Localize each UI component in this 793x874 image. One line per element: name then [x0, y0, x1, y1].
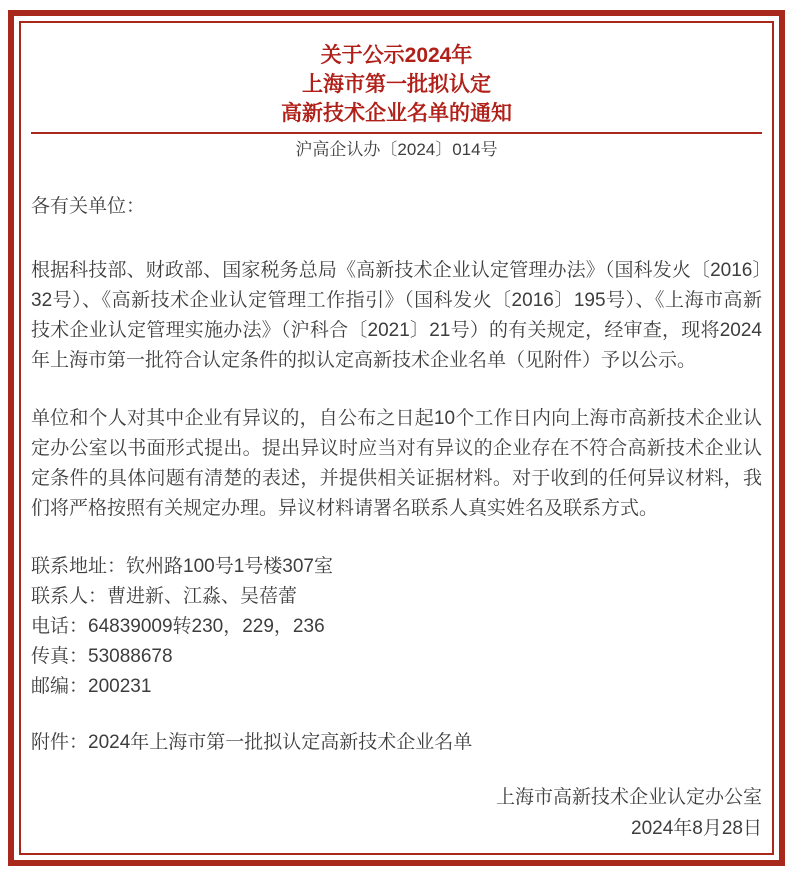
notice-outer-frame: 关于公示2024年 上海市第一批拟认定 高新技术企业名单的通知 沪高企认办〔20…	[8, 10, 785, 866]
contact-postcode: 邮编：200231	[31, 672, 762, 702]
contact-person: 联系人：曹进新、江淼、吴蓓蕾	[31, 582, 762, 612]
title-line-2: 上海市第一批拟认定	[31, 70, 762, 99]
contact-address: 联系地址：钦州路100号1号楼307室	[31, 552, 762, 582]
page-title: 关于公示2024年 上海市第一批拟认定 高新技术企业名单的通知	[31, 41, 762, 128]
title-line-1: 关于公示2024年	[31, 41, 762, 70]
document-number: 沪高企认办〔2024〕014号	[31, 136, 762, 164]
title-line-3: 高新技术企业名单的通知	[31, 99, 762, 128]
paragraph-regulations: 根据科技部、财政部、国家税务总局《高新技术企业认定管理办法》（国科发火〔2016…	[31, 256, 762, 376]
salutation: 各有关单位：	[31, 192, 762, 222]
contact-phone: 电话：64839009转230，229，236	[31, 612, 762, 642]
notice-inner-frame: 关于公示2024年 上海市第一批拟认定 高新技术企业名单的通知 沪高企认办〔20…	[19, 21, 774, 855]
signature-block: 上海市高新技术企业认定办公室 2024年8月28日	[31, 782, 762, 844]
attachment-line: 附件：2024年上海市第一批拟认定高新技术企业名单	[31, 728, 762, 758]
signer-name: 上海市高新技术企业认定办公室	[31, 782, 762, 813]
paragraph-objection: 单位和个人对其中企业有异议的，自公布之日起10个工作日内向上海市高新技术企业认定…	[31, 404, 762, 524]
signature-date: 2024年8月28日	[31, 813, 762, 844]
title-divider	[31, 132, 762, 134]
contact-info: 联系地址：钦州路100号1号楼307室 联系人：曹进新、江淼、吴蓓蕾 电话：64…	[31, 552, 762, 702]
contact-fax: 传真：53088678	[31, 642, 762, 672]
